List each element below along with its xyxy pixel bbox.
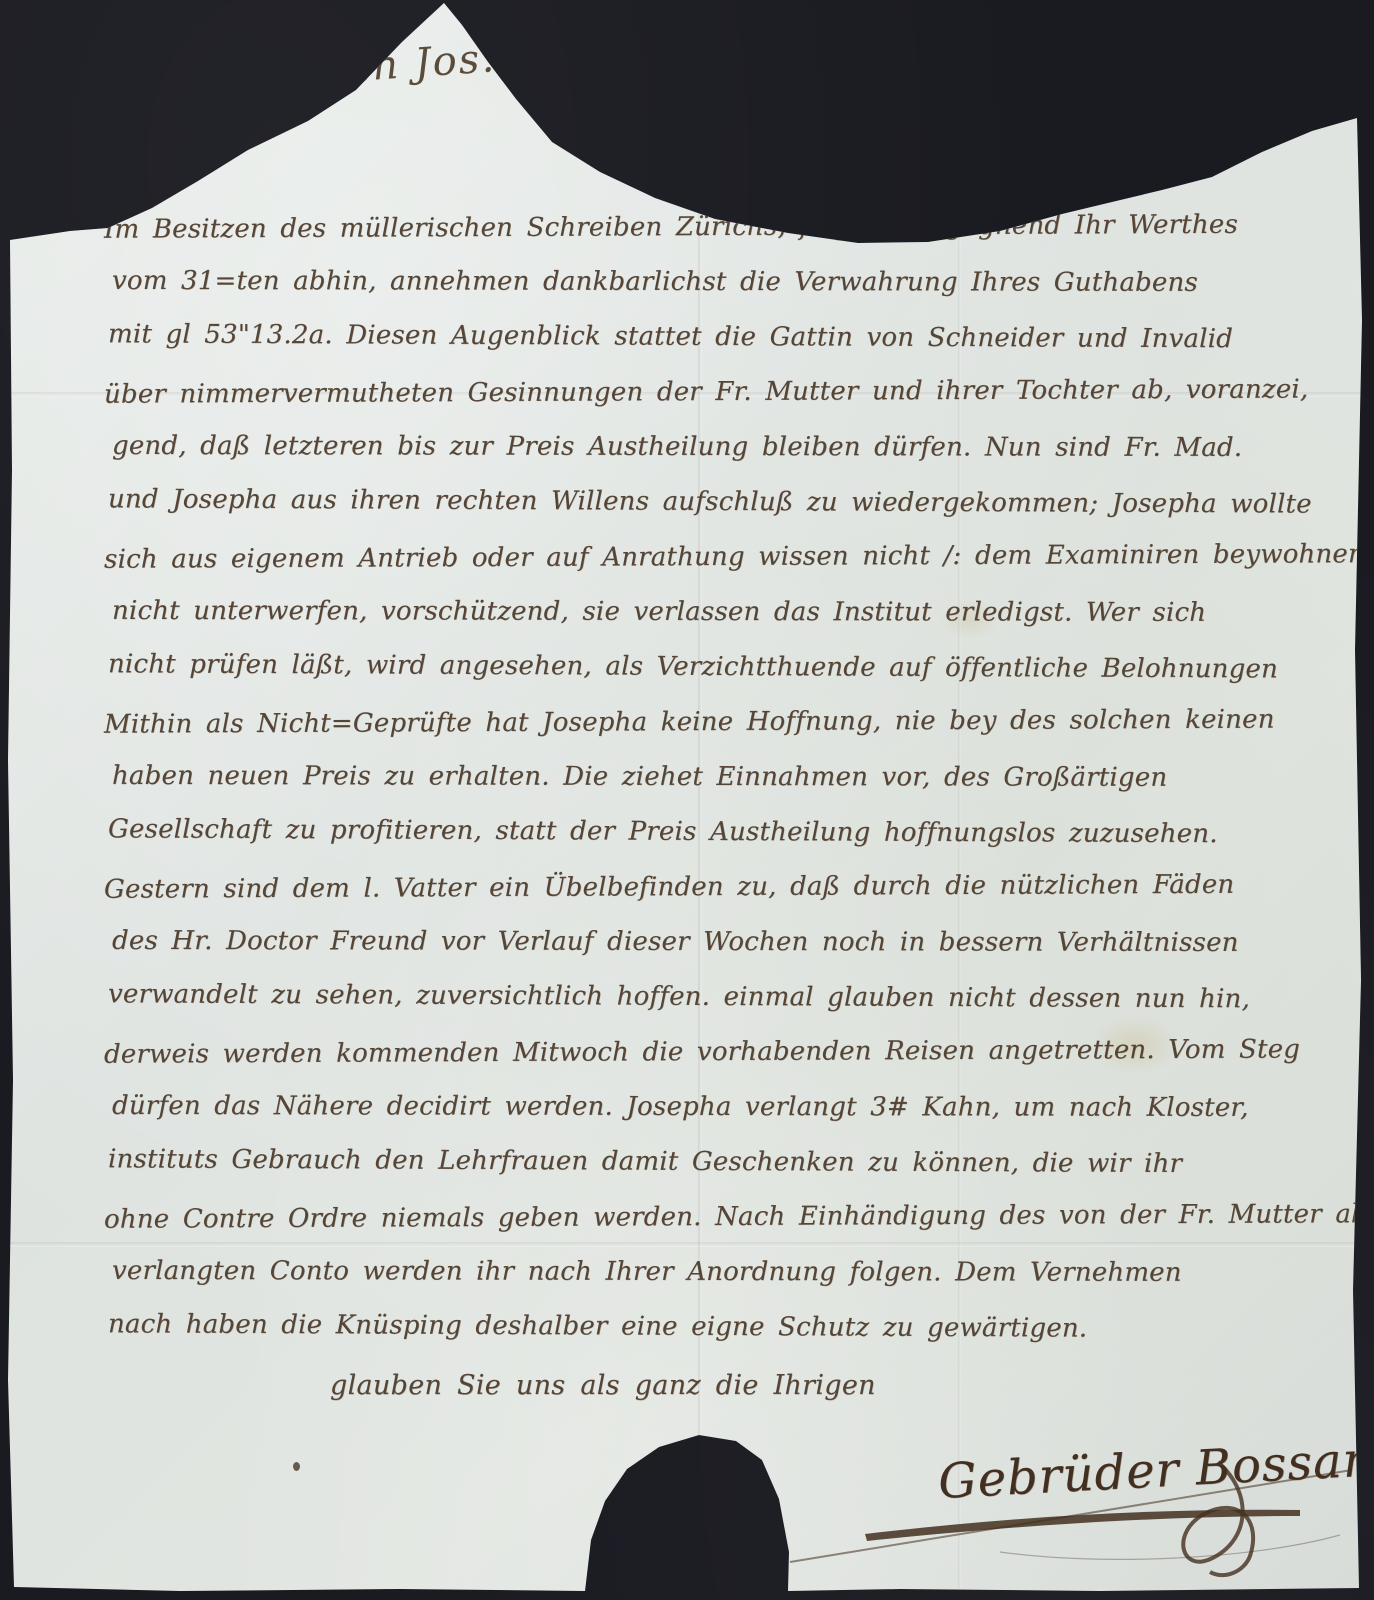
letter-line: derweis werden kommenden Mitwoch die vor… [104,1022,1344,1082]
photo-background: …n Jos. 8… Im Besitzen des müllerischen … [0,0,1374,1600]
letter-line: nach haben die Knüsping deshalber eine e… [108,1297,1348,1357]
letter-line: haben neuen Preis zu erhalten. Die ziehe… [112,749,1352,806]
letter-line: vom 31=ten abhin, annehmen dankbarlichst… [112,254,1352,311]
signature-text: Gebrüder Bossard [937,1430,1374,1510]
closing-line: glauben Sie uns als ganz die Ihrigen [330,1358,876,1413]
ink-dot [293,1462,300,1471]
letter-line: und Josepha aus ihren rechten Willens au… [108,472,1348,532]
letter-line: mit gl 53"13.2a. Diesen Augenblick statt… [108,307,1348,367]
letter-line: sich aus eigenem Antrieb oder auf Anrath… [104,527,1344,587]
letter-line: ohne Contre Ordre niemals geben werden. … [104,1187,1344,1247]
letter-line: über nimmervermutheten Gesinnungen der F… [104,362,1344,422]
letter-line: nicht unterwerfen, vorschützend, sie ver… [112,584,1352,641]
letter-line: dürfen das Nähere decidirt werden. Josep… [112,1079,1352,1136]
letter-line: verlangten Conto werden ihr nach Ihrer A… [112,1244,1352,1301]
letter-paper: …n Jos. 8… Im Besitzen des müllerischen … [0,0,1374,1600]
letter-line: nicht prüfen läßt, wird angesehen, als V… [108,637,1348,697]
letter-line: instituts Gebrauch den Lehrfrauen damit … [108,1132,1348,1192]
signature-underline [865,1510,1300,1541]
letter-line: Gesellschaft zu profitieren, statt der P… [108,802,1348,862]
letter-line: Gestern sind dem l. Vatter ein Übelbefin… [104,857,1344,917]
letter-line: gend, daß letzteren bis zur Preis Austhe… [112,419,1352,476]
letter-line: verwandelt zu sehen, zuversichtlich hoff… [108,967,1348,1027]
letter-line: des Hr. Doctor Freund vor Verlauf dieser… [112,914,1352,971]
letter-body: Im Besitzen des müllerischen Schreiben Z… [104,200,1344,1355]
signature-flourish-line-2 [1000,1535,1340,1559]
letter-line: Mithin als Nicht=Geprüfte hat Josepha ke… [104,692,1344,752]
